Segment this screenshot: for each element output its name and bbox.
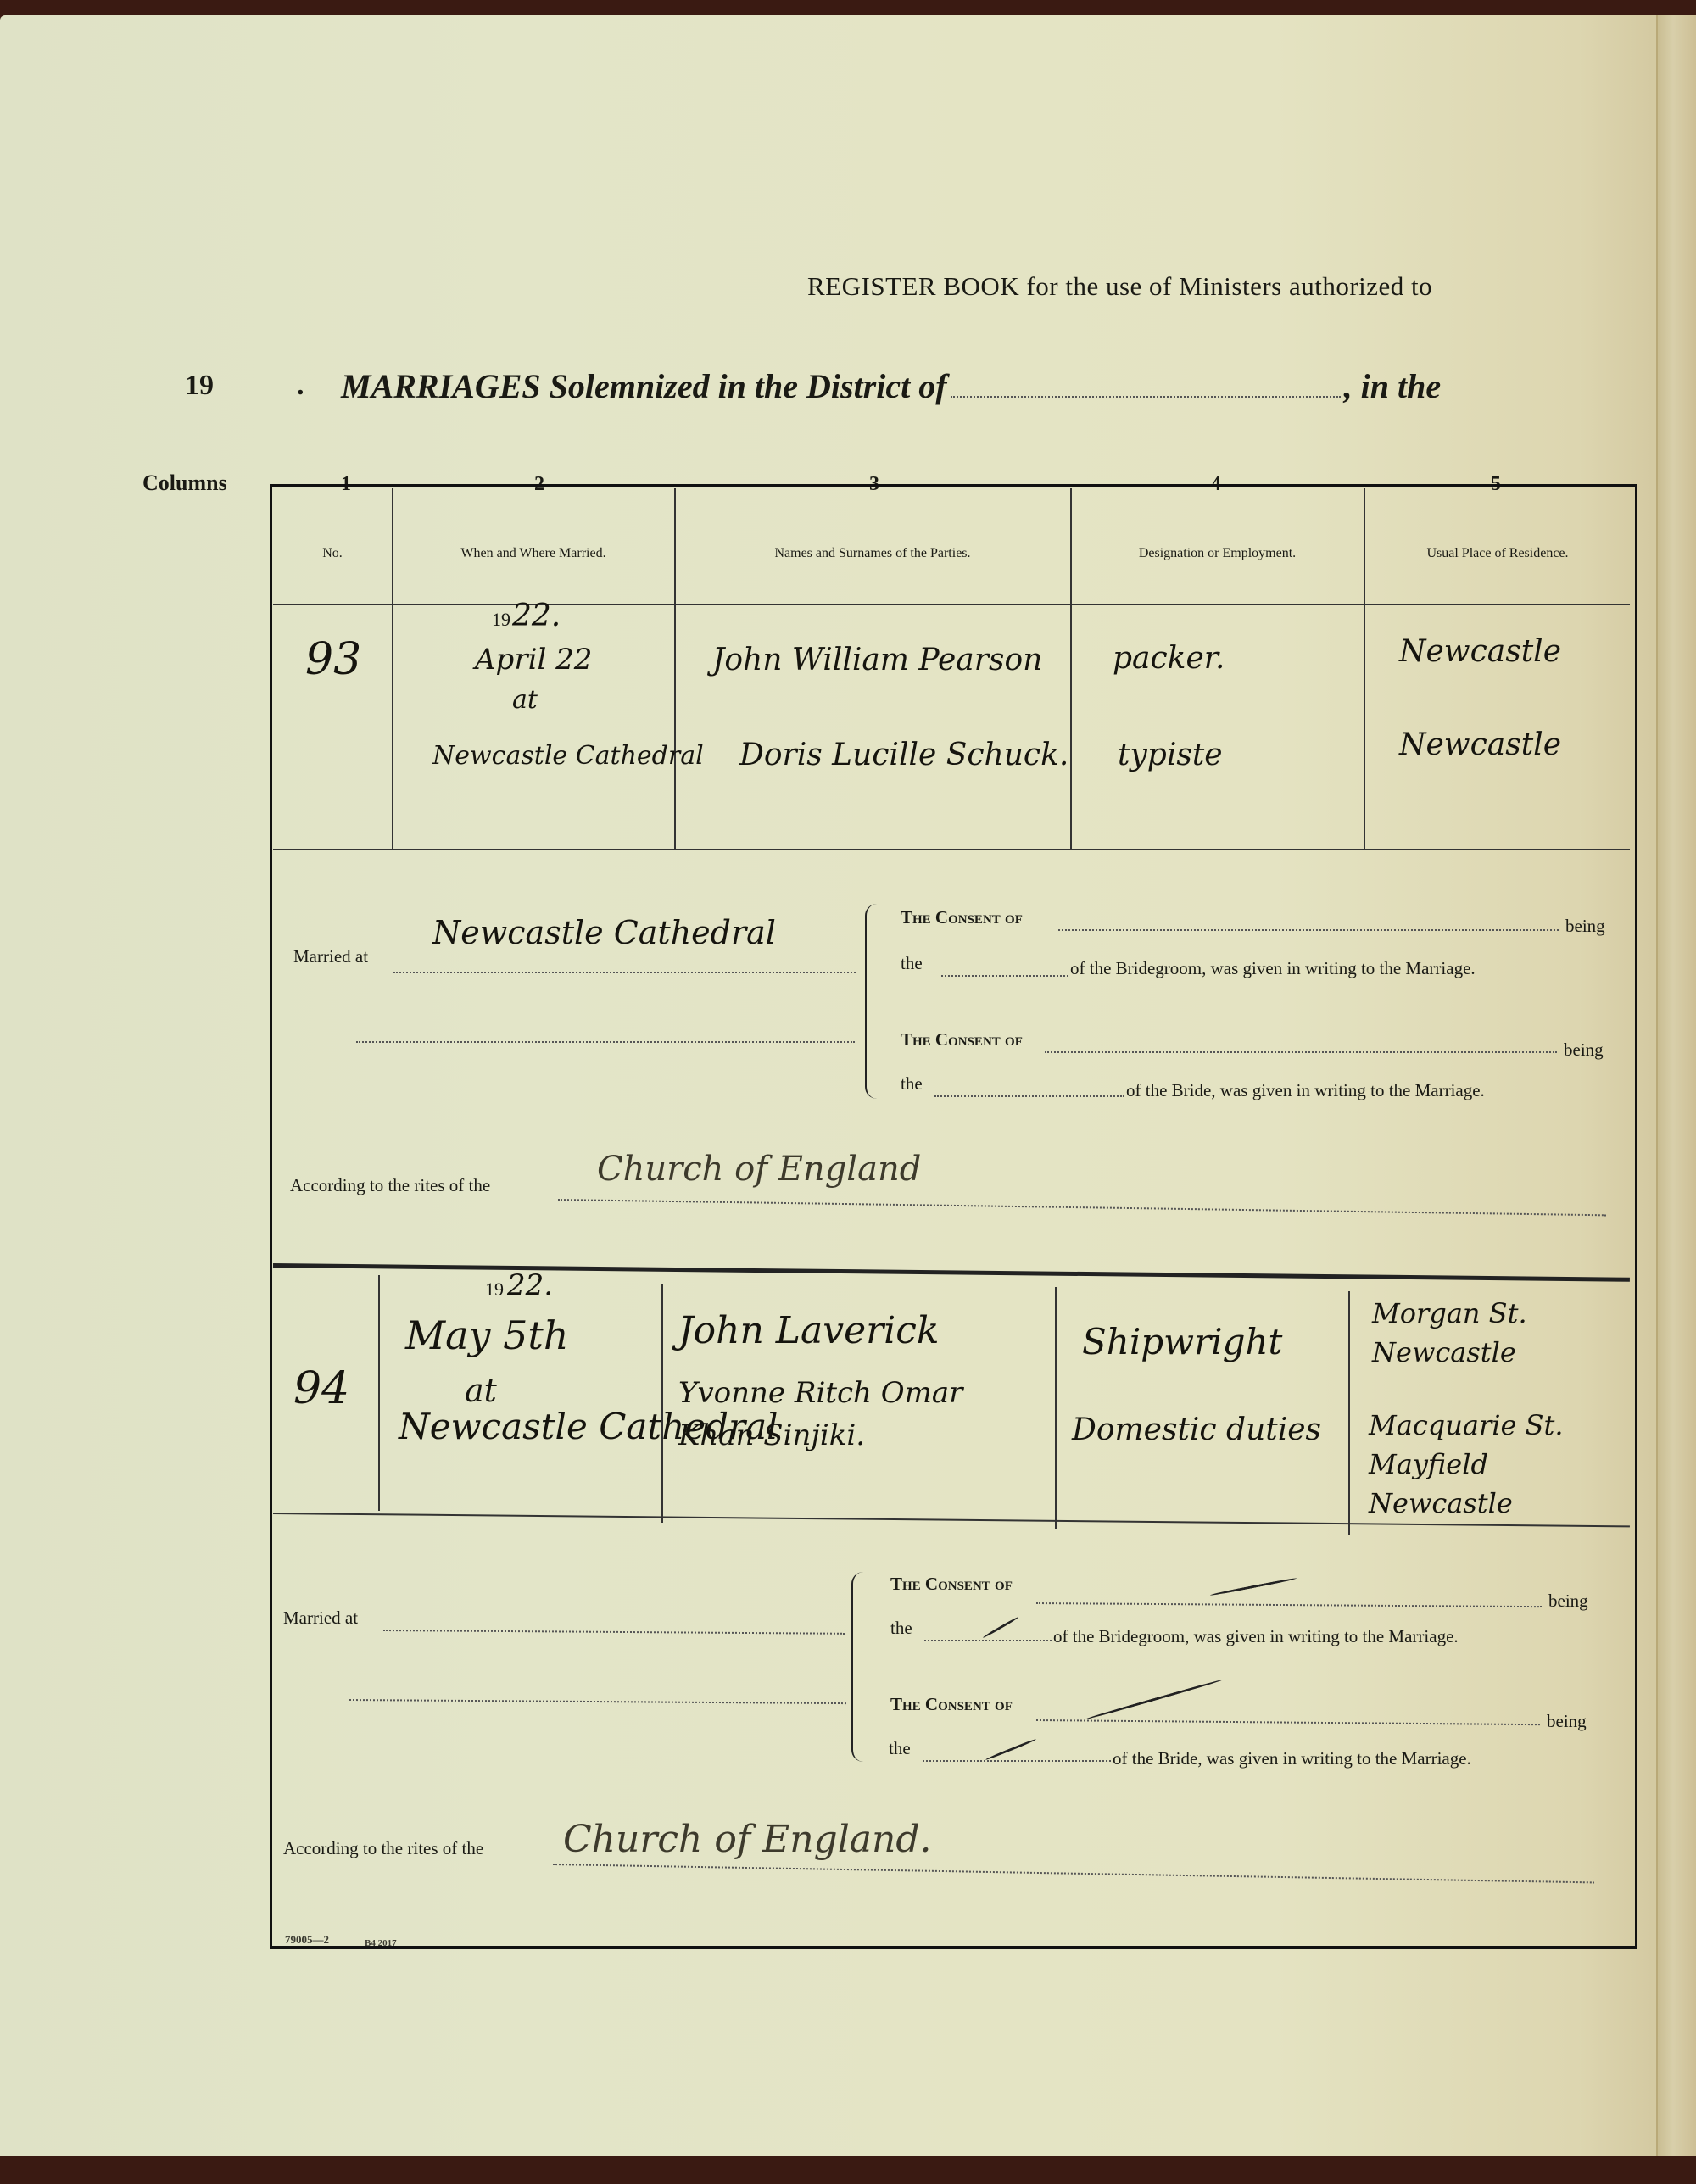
register-page: REGISTER BOOK for the use of Ministers a… [0,15,1696,2156]
groom-residence: Newcastle [1399,634,1561,669]
bride-consent-line [1045,1051,1557,1053]
groom-consent-suffix: of the Bridegroom, was given in writing … [1070,958,1476,979]
bride-consent-suffix: of the Bride, was given in writing to th… [1113,1748,1471,1769]
bride-relation-line [923,1760,1111,1762]
married-at-label: Married at [293,946,368,967]
header-residence: Usual Place of Residence. [1365,546,1630,561]
bride-consent-the: the [901,1073,923,1095]
print-code: B4 2017 [365,1938,397,1948]
year-prefix: 19 [185,370,214,402]
bride-occupation: typiste [1118,738,1223,772]
groom-consent-prefix: The Consent of [890,1574,1013,1595]
entry-number: 93 [305,634,361,685]
bride-relation-line [934,1095,1124,1097]
entry-year-printed: 19 [492,609,510,631]
groom-consent-being: being [1565,916,1605,937]
page-title: MARRIAGES Solemnized in the District of,… [341,366,1441,406]
header-no: No. [273,546,392,561]
bride-residence: Newcastle [1399,727,1561,762]
header-when-where: When and Where Married. [393,546,673,561]
groom-occupation: packer. [1113,641,1225,676]
groom-consent-suffix: of the Bridegroom, was given in writing … [1053,1626,1459,1647]
groom-consent-the: the [890,1618,912,1639]
bride-consent-being: being [1564,1039,1604,1061]
groom-consent-line [1058,929,1559,931]
groom-consent-being: being [1548,1591,1588,1612]
groom-name: John Laverick [678,1309,940,1352]
row-rule [273,849,1630,850]
married-at-label: Married at [283,1607,358,1629]
bride-consent-suffix: of the Bride, was given in writing to th… [1126,1080,1485,1101]
col-divider [392,488,393,849]
groom-relation-line [941,975,1068,977]
title-suffix: , in the [1344,367,1441,405]
rites-label: According to the rites of the [283,1838,483,1859]
consent-brace [865,904,879,1099]
year-dot: . [297,370,304,402]
header-designation: Designation or Employment. [1072,546,1363,561]
entry-year-handwritten: 22. [507,1268,553,1302]
groom-consent-the: the [901,953,923,974]
bride-consent-being: being [1547,1711,1587,1732]
groom-consent-prefix: The Consent of [901,907,1023,928]
col-divider [1055,1287,1057,1529]
bride-consent-prefix: The Consent of [890,1694,1013,1715]
groom-residence: Morgan St. Newcastle [1372,1294,1618,1372]
col-divider [1348,1291,1350,1535]
groom-occupation: Shipwright [1082,1321,1282,1362]
bride-residence: Macquarie St. Mayfield Newcastle [1369,1406,1623,1523]
entry-year-handwritten: 22. [512,599,561,633]
columns-label: Columns [142,471,227,496]
col-divider [378,1275,380,1511]
header-names: Names and Surnames of the Parties. [676,546,1069,561]
groom-relation-line [924,1640,1052,1641]
register-book-heading: REGISTER BOOK for the use of Ministers a… [807,271,1432,302]
married-at-value: Newcastle Cathedral [432,914,776,951]
bride-consent-the: the [889,1738,911,1759]
bride-occupation: Domestic duties [1072,1412,1321,1447]
rites-value: Church of England [597,1150,921,1189]
col-divider [1070,488,1072,849]
col-divider [1364,488,1365,849]
bride-consent-prefix: The Consent of [901,1029,1023,1050]
col-divider [661,1284,663,1523]
register-table-frame [270,484,1637,1949]
col-divider [674,488,676,849]
entry-number: 94 [293,1363,349,1414]
married-at-line-2 [356,1041,855,1043]
facing-page-edge [1656,15,1696,2156]
bride-name: Yvonne Ritch Omar Khan Sinjiki. [678,1372,1035,1457]
entry-at: at [465,1372,497,1409]
entry-year-printed: 19 [485,1279,504,1301]
entry-date: May 5th [405,1312,569,1358]
entry-place: Newcastle Cathedral [432,741,704,771]
district-field [951,396,1341,398]
entry-date: April 22 [475,643,592,677]
header-row-rule [273,604,1630,605]
form-code: 79005—2 [285,1933,329,1947]
entry-at: at [512,685,538,715]
married-at-line [393,972,856,973]
consent-brace [851,1572,865,1762]
bride-name: Doris Lucille Schuck. [739,738,1068,772]
rites-label: According to the rites of the [290,1175,490,1196]
title-text: MARRIAGES Solemnized in the District of [341,367,947,405]
groom-name: John William Pearson [712,643,1042,677]
rites-value: Church of England. [563,1818,932,1861]
